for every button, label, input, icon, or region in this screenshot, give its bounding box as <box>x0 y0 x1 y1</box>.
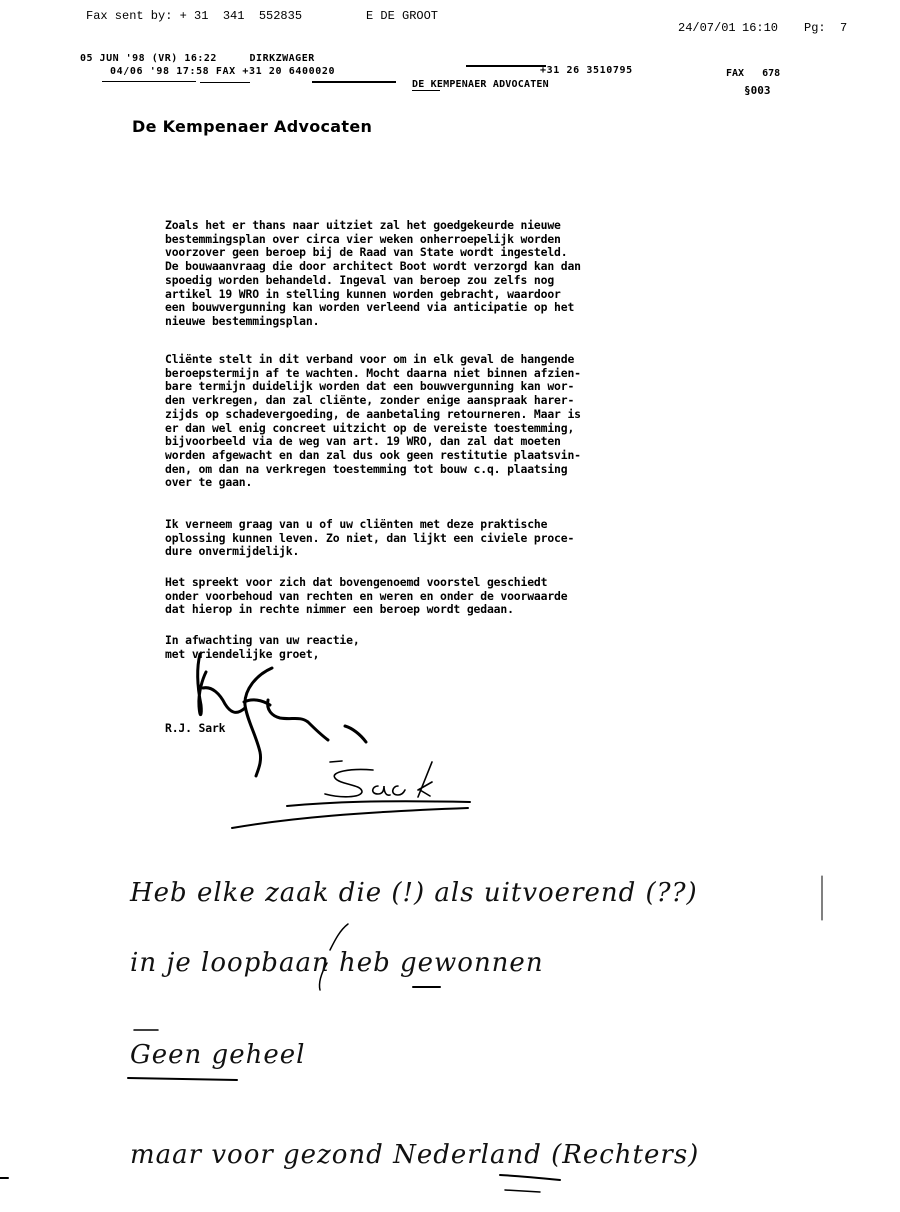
handwritten-note-4: maar voor gezond Nederland (Rechters) <box>130 1140 699 1170</box>
handwritten-note-1: Heb elke zaak die (!) als uitvoerend (??… <box>130 878 698 908</box>
handwritten-note-3: Geen geheel <box>130 1040 305 1070</box>
signature-scribble <box>198 654 366 776</box>
handwritten-note-2: in je loopbaan heb gewonnen <box>130 948 544 978</box>
handwriting-layer <box>0 0 900 1212</box>
sark-signature <box>232 761 470 828</box>
